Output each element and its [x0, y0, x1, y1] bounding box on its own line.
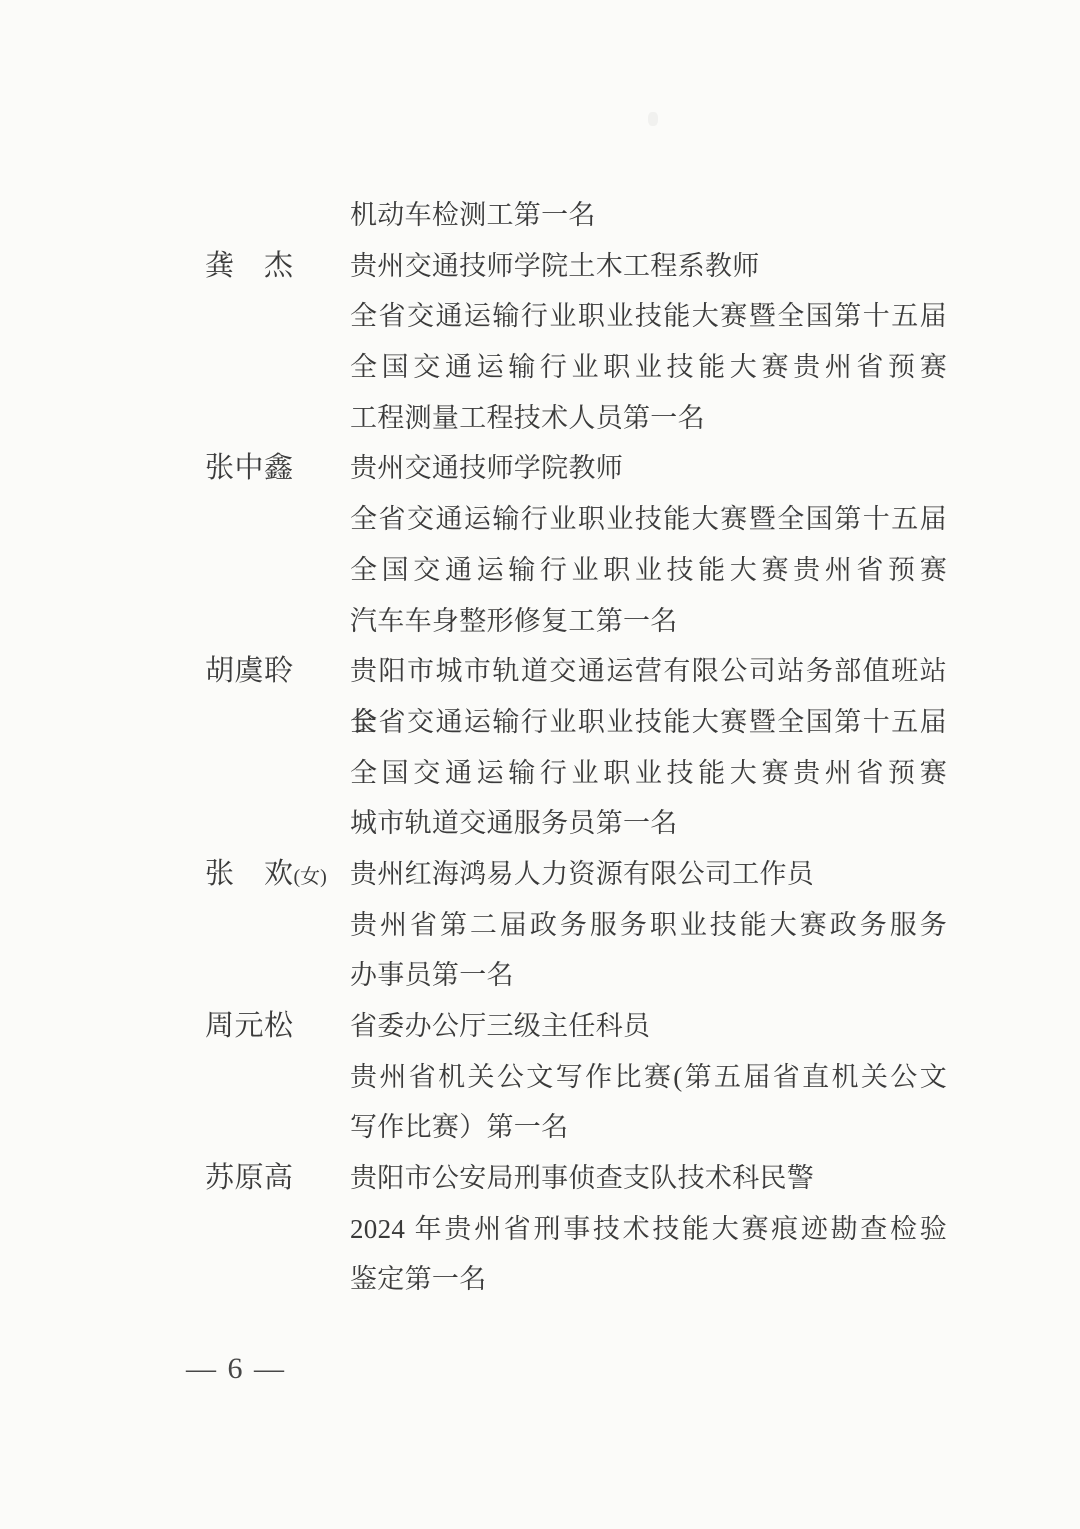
entry-description: 贵阳市公安局刑事侦查支队技术科民警2024 年贵州省刑事技术技能大赛痕迹勘查检验… [350, 1153, 947, 1305]
entry-line: 汽车车身整形修复工第一名 [350, 596, 947, 647]
awardee-name-text: 苏原高 [205, 1162, 294, 1194]
scan-smudge [648, 112, 658, 126]
entry-line: 省委办公厅三级主任科员 [350, 1001, 947, 1052]
awardee-name: 龚 杰 [205, 241, 350, 292]
award-entry: 张中鑫贵州交通技师学院教师全省交通运输行业职业技能大赛暨全国第十五届全国交通运输… [205, 443, 947, 646]
awardee-name: 周元松 [205, 1001, 350, 1052]
document-page: 机动车检测工第一名龚 杰贵州交通技师学院土木工程系教师全省交通运输行业职业技能大… [0, 0, 1080, 1529]
award-entry: 张 欢(女)贵州红海鸿易人力资源有限公司工作员贵州省第二届政务服务职业技能大赛政… [205, 849, 947, 1001]
awardee-name-text: 龚 杰 [205, 250, 294, 282]
entry-line: 办事员第一名 [350, 950, 947, 1001]
entry-line: 全国交通运输行业职业技能大赛贵州省预赛 [350, 545, 947, 596]
entry-line: 贵州省第二届政务服务职业技能大赛政务服务 [350, 900, 947, 951]
awardee-name-text: 周元松 [205, 1010, 294, 1042]
award-list: 机动车检测工第一名龚 杰贵州交通技师学院土木工程系教师全省交通运输行业职业技能大… [205, 190, 947, 1305]
entry-line: 全国交通运输行业职业技能大赛贵州省预赛 [350, 342, 947, 393]
entry-description: 贵州交通技师学院教师全省交通运输行业职业技能大赛暨全国第十五届全国交通运输行业职… [350, 443, 947, 646]
entry-line: 全国交通运输行业职业技能大赛贵州省预赛 [350, 748, 947, 799]
awardee-name: 张 欢(女) [205, 849, 350, 903]
entry-line: 城市轨道交通服务员第一名 [350, 798, 947, 849]
entry-description: 省委办公厅三级主任科员贵州省机关公文写作比赛(第五届省直机关公文写作比赛）第一名 [350, 1001, 947, 1153]
entry-line: 全省交通运输行业职业技能大赛暨全国第十五届 [350, 291, 947, 342]
entry-line: 工程测量工程技术人员第一名 [350, 393, 947, 444]
entry-line: 全省交通运输行业职业技能大赛暨全国第十五届 [350, 697, 947, 748]
award-entry: 胡虞聆贵阳市城市轨道交通运营有限公司站务部值班站长全省交通运输行业职业技能大赛暨… [205, 646, 947, 849]
entry-line: 贵州红海鸿易人力资源有限公司工作员 [350, 849, 947, 900]
awardee-name-text: 张 欢 [205, 858, 294, 890]
entry-line: 贵阳市公安局刑事侦查支队技术科民警 [350, 1153, 947, 1204]
entry-line: 贵州省机关公文写作比赛(第五届省直机关公文 [350, 1052, 947, 1103]
entry-description: 贵阳市城市轨道交通运营有限公司站务部值班站长全省交通运输行业职业技能大赛暨全国第… [350, 646, 947, 849]
entry-description: 贵州红海鸿易人力资源有限公司工作员贵州省第二届政务服务职业技能大赛政务服务办事员… [350, 849, 947, 1001]
entry-line: 机动车检测工第一名 [350, 190, 947, 241]
award-entry: 苏原高贵阳市公安局刑事侦查支队技术科民警2024 年贵州省刑事技术技能大赛痕迹勘… [205, 1153, 947, 1305]
gender-note: (女) [294, 866, 327, 888]
entry-line: 全省交通运输行业职业技能大赛暨全国第十五届 [350, 494, 947, 545]
entry-line: 鉴定第一名 [350, 1254, 947, 1305]
entry-description: 贵州交通技师学院土木工程系教师全省交通运输行业职业技能大赛暨全国第十五届全国交通… [350, 241, 947, 444]
entry-line: 贵阳市城市轨道交通运营有限公司站务部值班站长 [350, 646, 947, 697]
awardee-name: 苏原高 [205, 1153, 350, 1204]
award-entry: 龚 杰贵州交通技师学院土木工程系教师全省交通运输行业职业技能大赛暨全国第十五届全… [205, 241, 947, 444]
entry-description: 机动车检测工第一名 [350, 190, 947, 241]
awardee-name-text: 胡虞聆 [205, 655, 294, 687]
entry-line: 写作比赛）第一名 [350, 1102, 947, 1153]
awardee-name: 张中鑫 [205, 443, 350, 494]
entry-line: 贵州交通技师学院教师 [350, 443, 947, 494]
award-entry: 机动车检测工第一名 [205, 190, 947, 241]
awardee-name: 胡虞聆 [205, 646, 350, 697]
entry-line: 2024 年贵州省刑事技术技能大赛痕迹勘查检验 [350, 1204, 947, 1255]
entry-line: 贵州交通技师学院土木工程系教师 [350, 241, 947, 292]
awardee-name-text: 张中鑫 [205, 452, 294, 484]
award-entry: 周元松省委办公厅三级主任科员贵州省机关公文写作比赛(第五届省直机关公文写作比赛）… [205, 1001, 947, 1153]
page-number: — 6 — [186, 1352, 286, 1386]
